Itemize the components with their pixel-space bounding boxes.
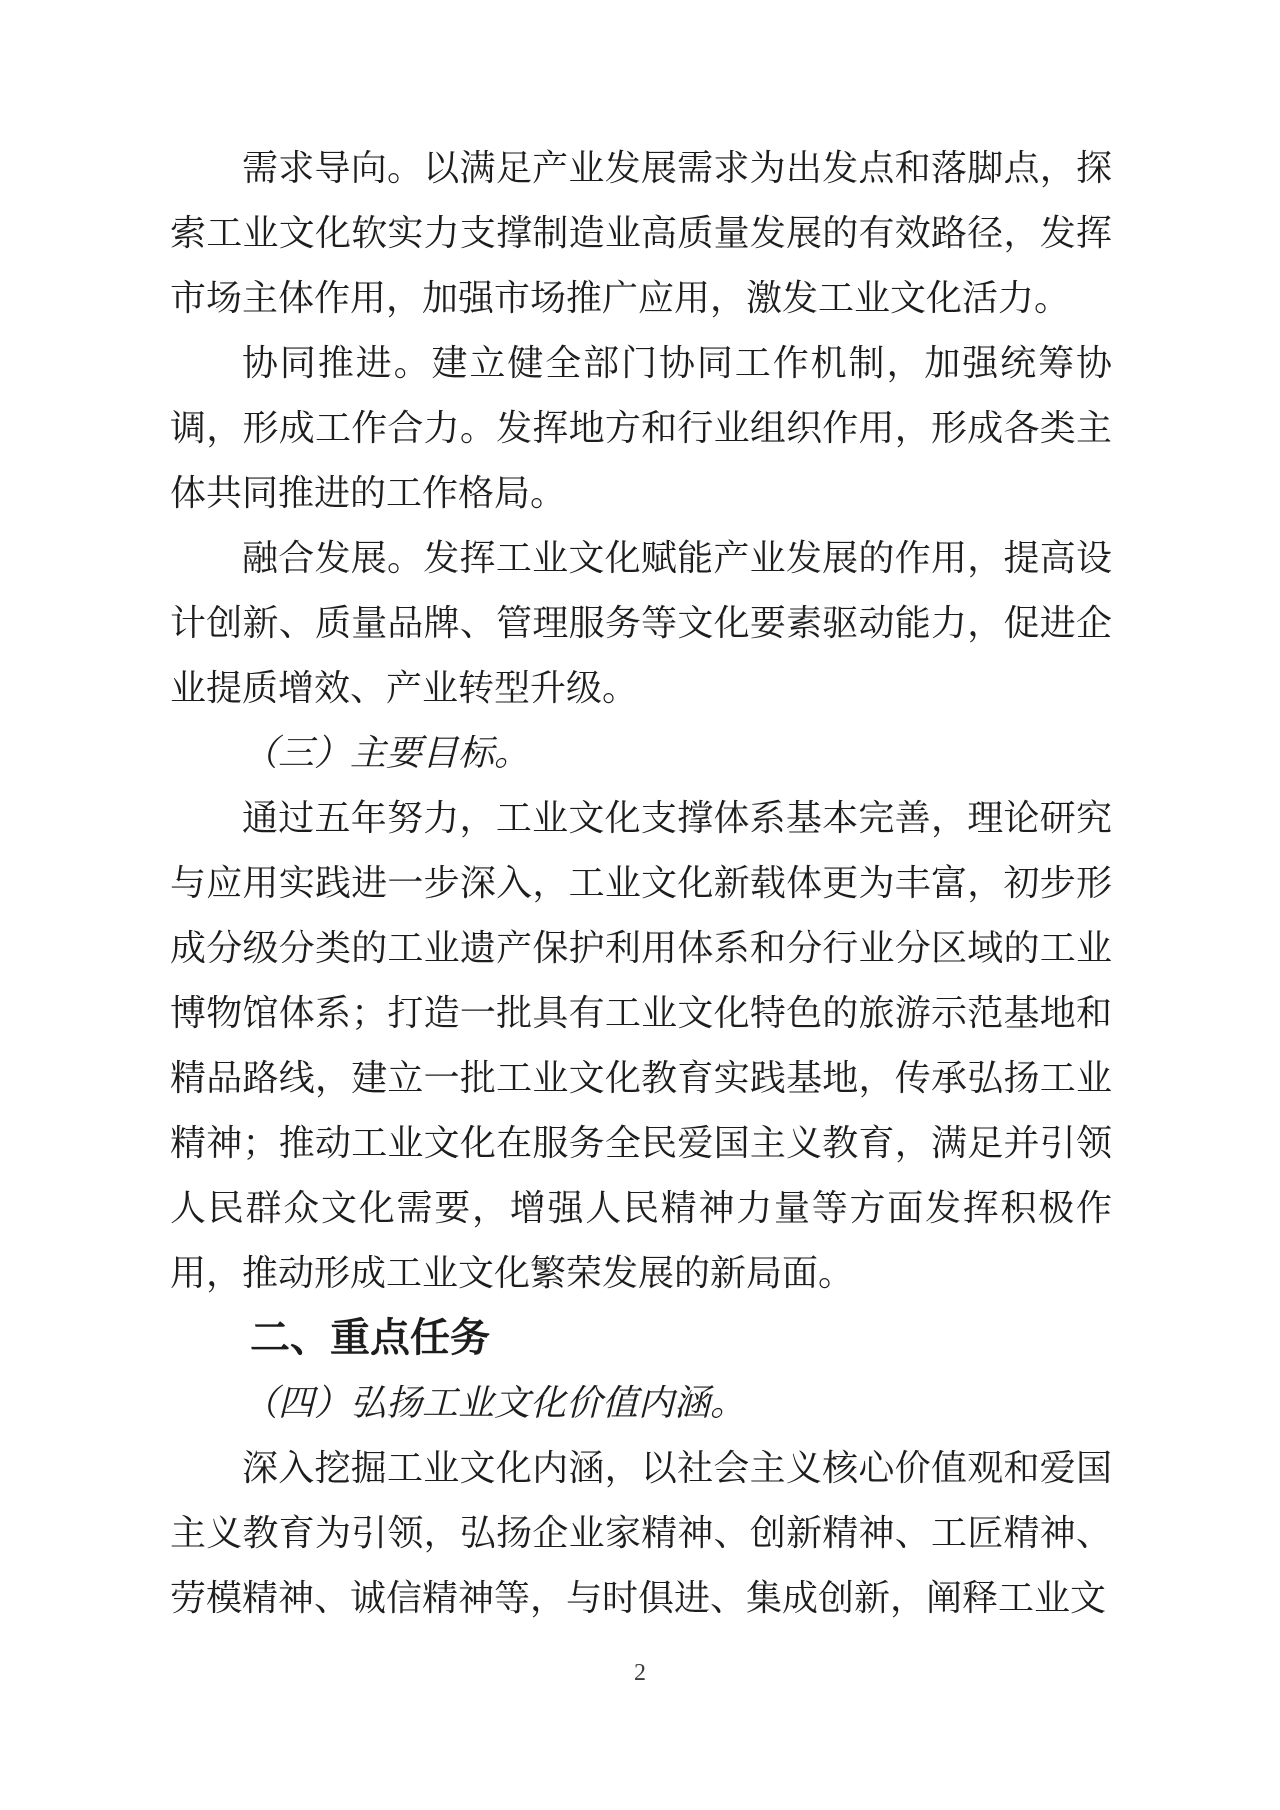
- subsection-heading: （四）弘扬工业文化价值内涵。: [170, 1371, 1112, 1436]
- subsection-heading: （三）主要目标。: [170, 721, 1112, 786]
- section-heading: 二、重点任务: [170, 1306, 1112, 1371]
- body-paragraph: 通过五年努力，工业文化支撑体系基本完善，理论研究与应用实践进一步深入，工业文化新…: [170, 786, 1112, 1306]
- document-body: 需求导向。以满足产业发展需求为出发点和落脚点，探索工业文化软实力支撑制造业高质量…: [170, 136, 1112, 1631]
- body-paragraph: 深入挖掘工业文化内涵，以社会主义核心价值观和爱国主义教育为引领，弘扬企业家精神、…: [170, 1436, 1112, 1631]
- page-number: 2: [0, 1658, 1280, 1688]
- body-paragraph: 协同推进。建立健全部门协同工作机制，加强统筹协调，形成工作合力。发挥地方和行业组…: [170, 331, 1112, 526]
- body-paragraph: 融合发展。发挥工业文化赋能产业发展的作用，提高设计创新、质量品牌、管理服务等文化…: [170, 526, 1112, 721]
- body-paragraph: 需求导向。以满足产业发展需求为出发点和落脚点，探索工业文化软实力支撑制造业高质量…: [170, 136, 1112, 331]
- document-page: 需求导向。以满足产业发展需求为出发点和落脚点，探索工业文化软实力支撑制造业高质量…: [0, 0, 1280, 1810]
